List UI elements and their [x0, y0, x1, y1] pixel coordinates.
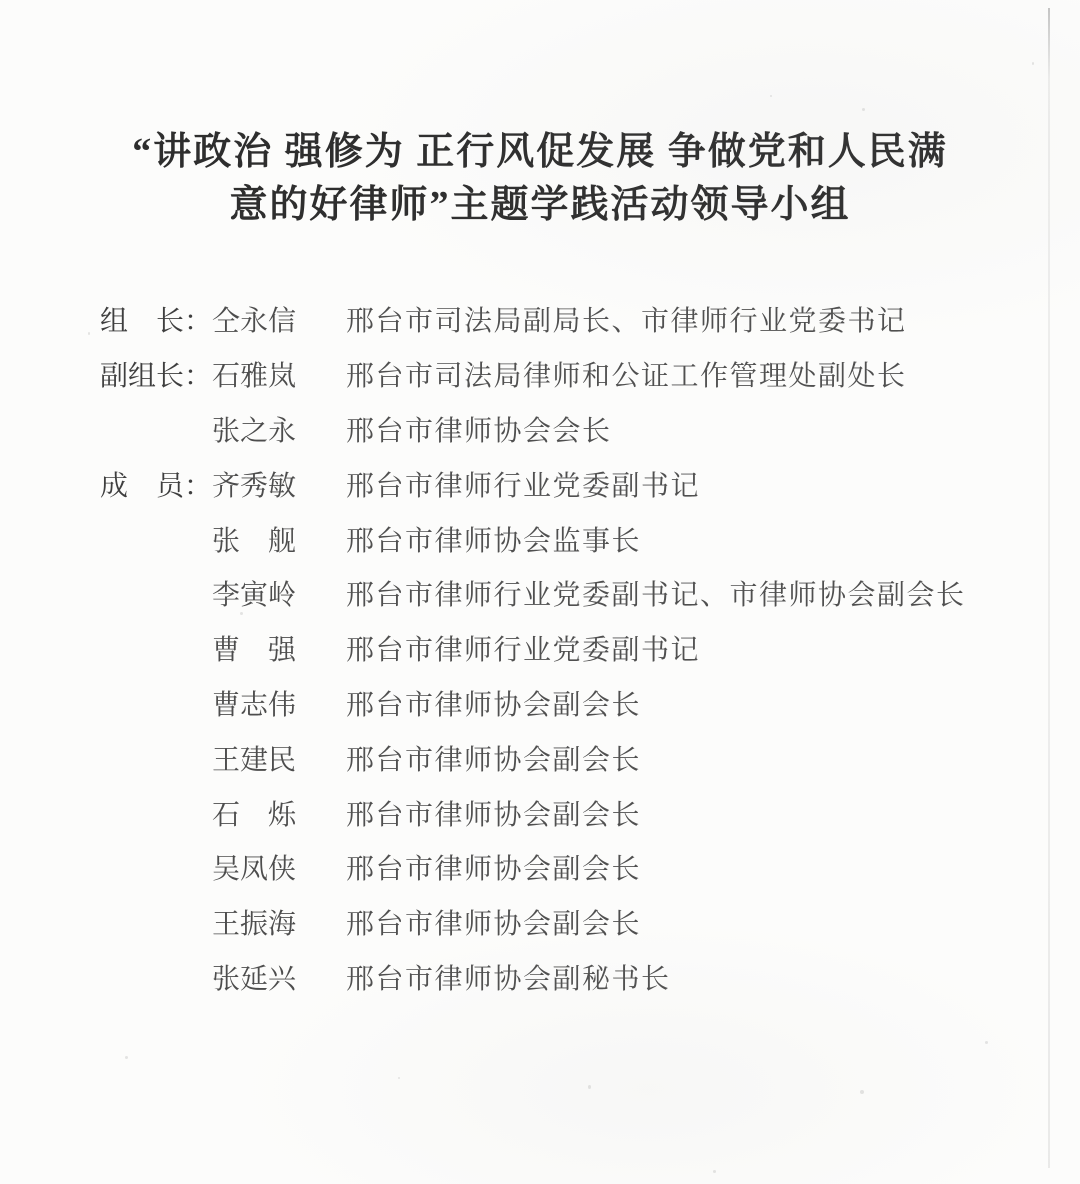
roster-row: 张之永 邢台市律师协会会长 — [100, 402, 1000, 457]
roster-row: 副组长： 石雅岚 邢台市司法局律师和公证工作管理处副处长 — [100, 347, 1000, 402]
roster-row: 王振海 邢台市律师协会副会长 — [100, 895, 1000, 950]
document-title: “讲政治 强修为 正行风促发展 争做党和人民满 意的好律师”主题学践活动领导小组 — [0, 126, 1080, 232]
member-name: 张之永 — [212, 409, 296, 449]
member-position: 邢台市律师协会监事长 — [346, 519, 641, 559]
member-position: 邢台市司法局副局长、市律师行业党委书记 — [346, 299, 907, 339]
scan-speckle — [862, 108, 865, 111]
roster-row: 组长： 仝永信 邢台市司法局副局长、市律师行业党委书记 — [100, 292, 1000, 347]
member-position: 邢台市律师行业党委副书记 — [346, 628, 700, 668]
member-name: 仝永信 — [212, 299, 296, 339]
member-position: 邢台市律师协会会长 — [346, 409, 612, 449]
roster-row: 成员： 齐秀敏 邢台市律师行业党委副书记 — [100, 456, 1000, 511]
scan-speckle — [398, 1077, 400, 1079]
roster-row: 王建民 邢台市律师协会副会长 — [100, 730, 1000, 785]
role-label: 成员： — [100, 464, 198, 504]
member-name: 王建民 — [212, 738, 296, 778]
member-name: 石雅岚 — [212, 354, 296, 394]
document-title-line2: 意的好律师”主题学践活动领导小组 — [0, 179, 1080, 232]
member-position: 邢台市律师协会副会长 — [346, 738, 641, 778]
label-colon: ： — [184, 299, 198, 339]
scan-speckle — [985, 1041, 988, 1044]
member-name: 石烁 — [212, 793, 296, 833]
member-name: 张舰 — [212, 519, 296, 559]
document-title-line1: “讲政治 强修为 正行风促发展 争做党和人民满 — [0, 126, 1080, 179]
member-position: 邢台市律师协会副会长 — [346, 683, 641, 723]
member-name: 曹志伟 — [212, 683, 296, 723]
member-position: 邢台市司法局律师和公证工作管理处副处长 — [346, 354, 907, 394]
scan-speckle — [88, 332, 90, 335]
roster-row: 石烁 邢台市律师协会副会长 — [100, 785, 1000, 840]
scan-speckle — [860, 1090, 864, 1094]
role-label: 副组长： — [100, 354, 198, 394]
scanned-document-page: “讲政治 强修为 正行风促发展 争做党和人民满 意的好律师”主题学践活动领导小组… — [0, 0, 1080, 1184]
member-name: 曹强 — [212, 628, 296, 668]
member-name: 张延兴 — [212, 957, 296, 997]
scan-speckle — [713, 1170, 716, 1173]
member-position: 邢台市律师行业党委副书记 — [346, 464, 700, 504]
member-position: 邢台市律师协会副秘书长 — [346, 957, 671, 997]
member-position: 邢台市律师行业党委副书记、市律师协会副会长 — [346, 573, 966, 613]
member-name: 李寅岭 — [212, 573, 296, 613]
label-colon: ： — [184, 464, 198, 504]
scan-speckle — [125, 1056, 128, 1059]
member-name: 吴凤侠 — [212, 847, 296, 887]
leadership-roster: 组长： 仝永信 邢台市司法局副局长、市律师行业党委书记 副组长： 石雅岚 邢台市… — [100, 292, 1000, 1004]
roster-row: 曹志伟 邢台市律师协会副会长 — [100, 676, 1000, 731]
member-position: 邢台市律师协会副会长 — [346, 847, 641, 887]
roster-row: 张舰 邢台市律师协会监事长 — [100, 511, 1000, 566]
scan-speckle — [588, 1085, 591, 1089]
scan-speckle — [1032, 62, 1034, 65]
member-name: 齐秀敏 — [212, 464, 296, 504]
member-position: 邢台市律师协会副会长 — [346, 793, 641, 833]
roster-row: 吴凤侠 邢台市律师协会副会长 — [100, 840, 1000, 895]
roster-row: 曹强 邢台市律师行业党委副书记 — [100, 621, 1000, 676]
roster-row: 张延兴 邢台市律师协会副秘书长 — [100, 950, 1000, 1005]
role-label: 组长： — [100, 299, 198, 339]
scan-speckle — [770, 95, 772, 97]
member-name: 王振海 — [212, 902, 296, 942]
label-colon: ： — [184, 354, 198, 394]
roster-row: 李寅岭 邢台市律师行业党委副书记、市律师协会副会长 — [100, 566, 1000, 621]
member-position: 邢台市律师协会副会长 — [346, 902, 641, 942]
